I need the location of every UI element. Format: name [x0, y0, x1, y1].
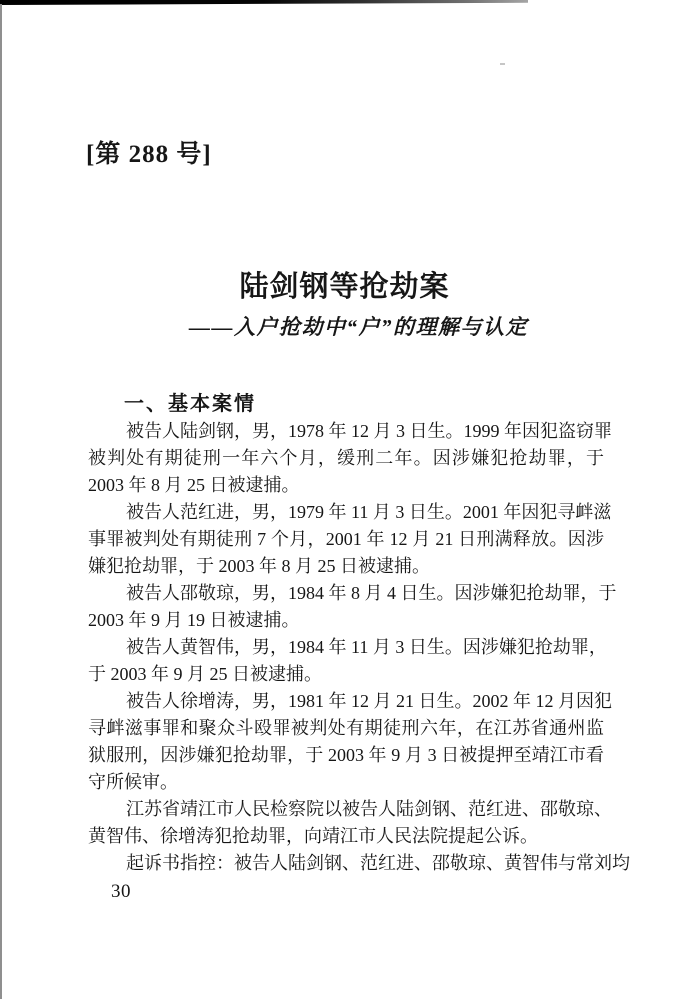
- case-number: [第 288 号]: [86, 138, 212, 172]
- body-line: 被告人黄智伟，男，1984 年 11 月 3 日生。因涉嫌犯抢劫罪，: [88, 634, 604, 661]
- body-line: 守所候审。: [88, 769, 604, 796]
- body-line: 2003 年 8 月 25 日被逮捕。: [88, 472, 604, 499]
- body-line: 于 2003 年 9 月 25 日被逮捕。: [88, 661, 604, 688]
- body-line: 嫌犯抢劫罪，于 2003 年 8 月 25 日被逮捕。: [88, 553, 604, 580]
- body-line: 寻衅滋事罪和聚众斗殴罪被判处有期徒刑六年，在江苏省通州监: [88, 715, 604, 742]
- case-title: 陆剑钢等抢劫案: [0, 269, 689, 305]
- document-page: [第 288 号] 陆剑钢等抢劫案 ——入户抢劫中“户”的理解与认定 一、基本案…: [0, 0, 689, 999]
- scan-speck: [500, 63, 505, 65]
- body-line: 被告人邵敬琼，男，1984 年 8 月 4 日生。因涉嫌犯抢劫罪，于: [88, 580, 604, 607]
- body-line: 被告人范红进，男，1979 年 11 月 3 日生。2001 年因犯寻衅滋: [88, 499, 604, 526]
- body-line: 江苏省靖江市人民检察院以被告人陆剑钢、范红进、邵敬琼、: [88, 796, 604, 823]
- section-heading: 一、基本案情: [88, 391, 604, 418]
- page-number: 30: [111, 878, 604, 905]
- body-line: 被告人陆剑钢，男，1978 年 12 月 3 日生。1999 年因犯盗窃罪: [88, 418, 604, 445]
- body-line: 事罪被判处有期徒刑 7 个月，2001 年 12 月 21 日刑满释放。因涉: [88, 526, 604, 553]
- body-line: 狱服刑，因涉嫌犯抢劫罪，于 2003 年 9 月 3 日被提押至靖江市看: [88, 742, 604, 769]
- body-text: 一、基本案情 被告人陆剑钢，男，1978 年 12 月 3 日生。1999 年因…: [88, 391, 604, 905]
- body-line: 被判处有期徒刑一年六个月，缓刑二年。因涉嫌犯抢劫罪，于: [88, 445, 604, 472]
- scan-edge-top-bar: [0, 0, 528, 5]
- body-line: 起诉书指控：被告人陆剑钢、范红进、邵敬琼、黄智伟与常刘均: [88, 850, 604, 877]
- body-line: 黄智伟、徐增涛犯抢劫罪，向靖江市人民法院提起公诉。: [88, 823, 604, 850]
- body-line: 被告人徐增涛，男，1981 年 12 月 21 日生。2002 年 12 月因犯: [88, 688, 604, 715]
- body-line: 2003 年 9 月 19 日被逮捕。: [88, 607, 604, 634]
- case-subtitle: ——入户抢劫中“户”的理解与认定: [189, 314, 528, 341]
- scan-edge-left-line: [0, 4, 2, 999]
